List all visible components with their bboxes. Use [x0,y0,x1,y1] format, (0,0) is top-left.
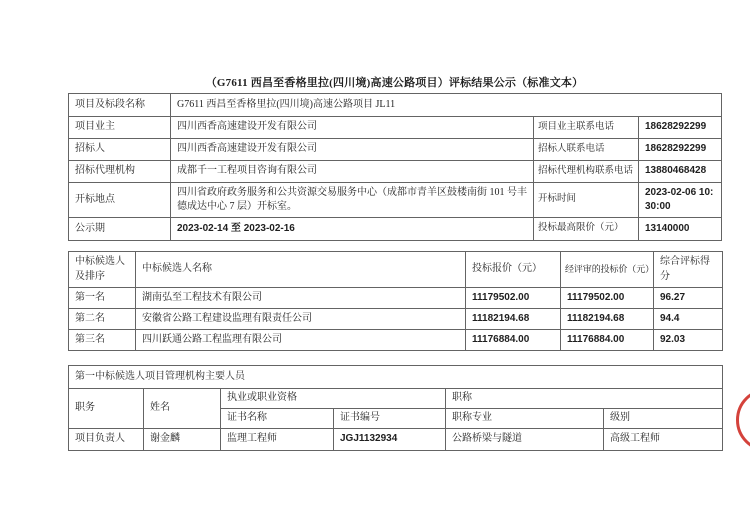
field-label: 开标时间 [534,183,639,218]
field-label: 招标代理机构 [69,161,171,183]
field-value: 13140000 [639,218,722,241]
bid-price: 11176884.00 [466,330,561,351]
field-label: 项目业主联系电话 [534,117,639,139]
column-header: 中标候选人及排序 [69,252,136,288]
field-value: 四川省政府政务服务和公共资源交易服务中心（成都市青羊区鼓楼南街 101 号丰德成… [171,183,534,218]
column-header: 经评审的投标价（元） [561,252,654,288]
table-row: 招标代理机构 成都千一工程项目咨询有限公司 招标代理机构联系电话 1388046… [69,161,722,183]
score: 96.27 [654,288,723,309]
column-header: 投标报价（元） [466,252,561,288]
field-value: 13880468428 [639,161,722,183]
field-value: 2023-02-06 10:30:00 [639,183,722,218]
candidate-rank: 第一名 [69,288,136,309]
column-header: 职称 [446,389,723,409]
title-level: 高级工程师 [604,429,723,451]
field-label: 投标最高限价（元） [534,218,639,241]
document-page: （G7611 西昌至香格里拉(四川境)高速公路项目）评标结果公示（标准文本） 项… [0,0,750,530]
field-value: 四川西香高速建设开发有限公司 [171,117,534,139]
table-row: 项目业主 四川西香高速建设开发有限公司 项目业主联系电话 18628292299 [69,117,722,139]
field-label: 项目业主 [69,117,171,139]
column-header: 级别 [604,409,723,429]
column-header: 证书名称 [221,409,334,429]
field-value: 成都千一工程项目咨询有限公司 [171,161,534,183]
field-label: 项目及标段名称 [69,94,171,117]
personnel-table: 第一中标候选人项目管理机构主要人员 职务 姓名 执业或职业资格 职称 证书名称 … [68,365,723,451]
red-seal-stamp-icon [736,388,750,452]
page-title: （G7611 西昌至香格里拉(四川境)高速公路项目）评标结果公示（标准文本） [68,74,721,90]
bid-price: 11182194.68 [466,309,561,330]
score: 92.03 [654,330,723,351]
field-label: 公示期 [69,218,171,241]
bid-price: 11179502.00 [466,288,561,309]
candidate-name: 四川跃通公路工程监理有限公司 [136,330,466,351]
column-header: 综合评标得分 [654,252,723,288]
candidate-name: 湖南弘至工程技术有限公司 [136,288,466,309]
field-value: 18628292299 [639,139,722,161]
column-header: 执业或职业资格 [221,389,446,409]
evaluated-price: 11176884.00 [561,330,654,351]
candidate-rank: 第二名 [69,309,136,330]
title-major: 公路桥梁与隧道 [446,429,604,451]
table-row: 项目负责人 谢金麟 监理工程师 JGJ1132934 公路桥梁与隧道 高级工程师 [69,429,723,451]
table-row: 公示期 2023-02-14 至 2023-02-16 投标最高限价（元） 13… [69,218,722,241]
field-value: 四川西香高速建设开发有限公司 [171,139,534,161]
score: 94.4 [654,309,723,330]
candidate-rank: 第三名 [69,330,136,351]
table-header-row: 职务 姓名 执业或职业资格 职称 [69,389,723,409]
project-info-table: 项目及标段名称 G7611 西昌至香格里拉(四川境)高速公路项目 JL11 项目… [68,93,722,241]
candidate-name: 安徽省公路工程建设监理有限责任公司 [136,309,466,330]
table-row: 第一名 湖南弘至工程技术有限公司 11179502.00 11179502.00… [69,288,723,309]
person-position: 项目负责人 [69,429,144,451]
table-row: 招标人 四川西香高速建设开发有限公司 招标人联系电话 18628292299 [69,139,722,161]
field-label: 招标代理机构联系电话 [534,161,639,183]
person-name: 谢金麟 [144,429,221,451]
section-title-row: 第一中标候选人项目管理机构主要人员 [69,366,723,389]
field-value: 18628292299 [639,117,722,139]
column-header: 职称专业 [446,409,604,429]
evaluated-price: 11179502.00 [561,288,654,309]
field-label: 开标地点 [69,183,171,218]
candidates-table: 中标候选人及排序 中标候选人名称 投标报价（元） 经评审的投标价（元） 综合评标… [68,251,723,351]
table-header-row: 中标候选人及排序 中标候选人名称 投标报价（元） 经评审的投标价（元） 综合评标… [69,252,723,288]
table-row: 开标地点 四川省政府政务服务和公共资源交易服务中心（成都市青羊区鼓楼南街 101… [69,183,722,218]
column-header: 中标候选人名称 [136,252,466,288]
column-header: 姓名 [144,389,221,429]
cert-number: JGJ1132934 [334,429,446,451]
column-header: 职务 [69,389,144,429]
field-label: 招标人联系电话 [534,139,639,161]
cert-name: 监理工程师 [221,429,334,451]
field-value: 2023-02-14 至 2023-02-16 [171,218,534,241]
table-row: 第二名 安徽省公路工程建设监理有限责任公司 11182194.68 111821… [69,309,723,330]
field-value: G7611 西昌至香格里拉(四川境)高速公路项目 JL11 [171,94,722,117]
field-label: 招标人 [69,139,171,161]
evaluated-price: 11182194.68 [561,309,654,330]
section-title: 第一中标候选人项目管理机构主要人员 [69,366,723,389]
table-row: 第三名 四川跃通公路工程监理有限公司 11176884.00 11176884.… [69,330,723,351]
table-row: 项目及标段名称 G7611 西昌至香格里拉(四川境)高速公路项目 JL11 [69,94,722,117]
column-header: 证书编号 [334,409,446,429]
